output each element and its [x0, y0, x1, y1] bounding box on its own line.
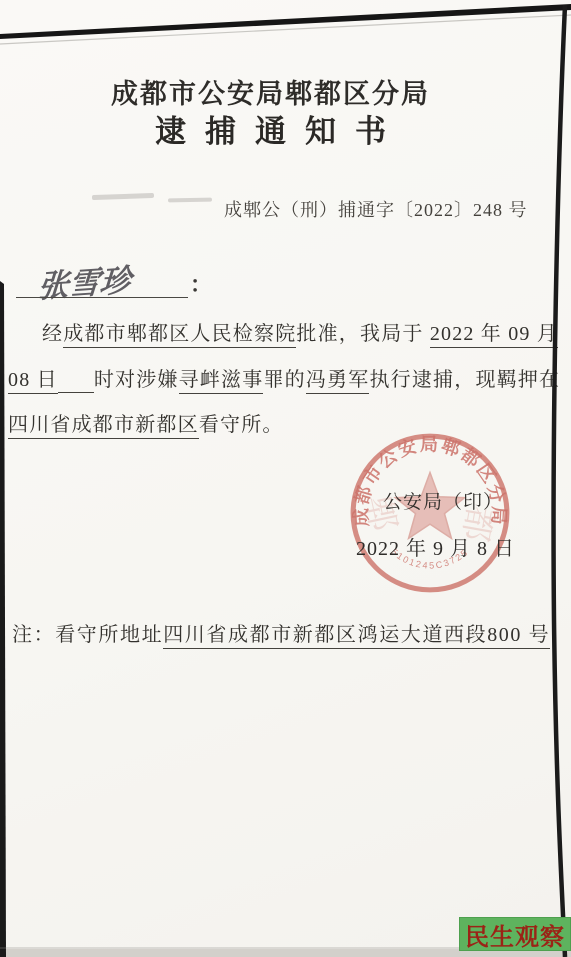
arrest-date-year-month: 2022 年 09 月 — [430, 323, 558, 348]
arrest-hour-blank — [58, 363, 94, 393]
right-edge-line — [554, 5, 565, 957]
note-line: 注：看守所地址四川省成都市新都区鸿运大道西段800 号 — [12, 618, 550, 647]
body-line-1: 经成都市郫都区人民检察院批准，我局于 2022 年 09 月 — [42, 317, 558, 346]
addressee-colon: ： — [190, 268, 212, 299]
alleged-crime: 寻衅滋事 — [179, 369, 264, 394]
body-line-3: 四川省成都市新都区看守所。 — [8, 408, 284, 437]
issue-date: 2022 年 9 月 8 日 — [356, 532, 515, 561]
detainee-name: 冯勇军 — [306, 369, 370, 394]
document-title: 逮捕通知书 — [0, 106, 541, 151]
body-text: 看守所。 — [199, 414, 284, 436]
left-edge-line — [0, 281, 6, 957]
detention-center-address: 四川省成都市新都区鸿运大道西段800 号 — [163, 624, 550, 649]
detention-location: 四川省成都市新都区 — [8, 414, 199, 439]
watermark-text: 民生观察 — [465, 917, 565, 952]
correction-smudge — [168, 198, 212, 203]
body-text: 批准，我局于 — [296, 323, 429, 345]
body-text: 时对涉嫌 — [94, 369, 179, 391]
body-line-2: 08 日 时对涉嫌寻衅滋事罪的冯勇军执行逮捕，现羁押在 — [8, 363, 560, 393]
correction-smudge — [92, 193, 154, 200]
watermark-badge: 民生观察 — [459, 917, 571, 951]
document-number: 成郫公（刑）捕通字〔2022〕248 号 — [224, 196, 528, 222]
body-text: 经 — [42, 323, 63, 345]
arrest-date-day: 08 日 — [8, 369, 58, 394]
issuer-seal-label: 公安局（印） — [383, 487, 503, 514]
arrest-notice-document: 成都市公安局郫都区分局 逮捕通知书 成郫公（刑）捕通字〔2022〕248 号 张… — [0, 0, 571, 957]
top-edge-shadow — [0, 15, 571, 44]
top-edge-line — [0, 4, 571, 39]
note-label: 注：看守所地址 — [12, 624, 163, 646]
body-text: 罪的 — [263, 369, 305, 391]
addressee-underline — [16, 297, 188, 298]
addressee-handwritten-name: 张雪珍 — [37, 255, 133, 307]
approving-procuratorate: 成都市郫都区人民检察院 — [63, 323, 296, 348]
body-text: 执行逮捕，现羁押在 — [369, 369, 560, 391]
